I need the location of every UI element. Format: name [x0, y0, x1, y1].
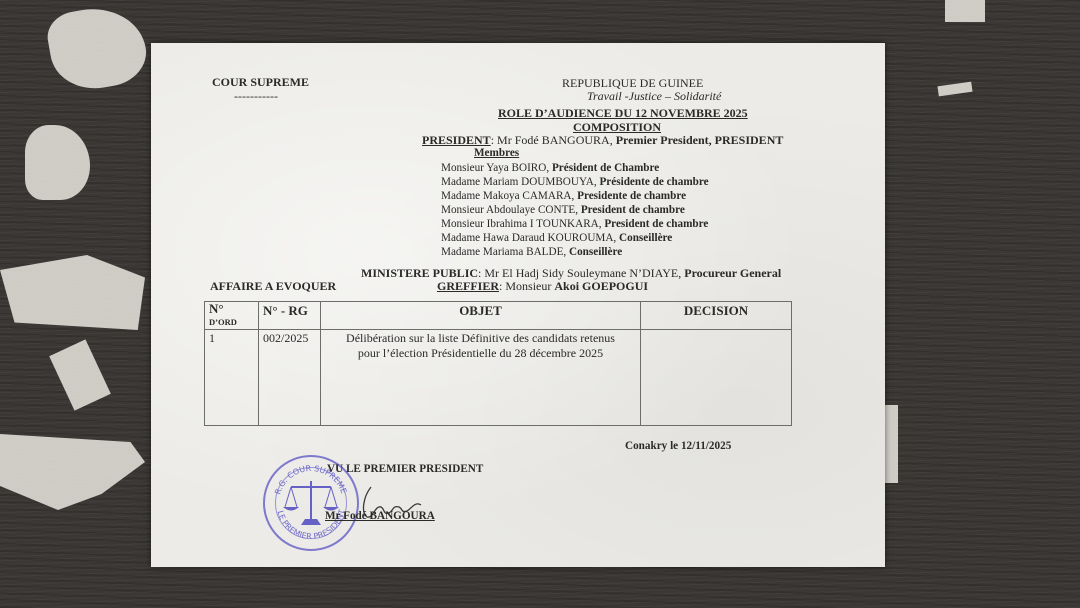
- header-decision: DECISION: [641, 302, 792, 330]
- vu-premier-president: VU LE PREMIER PRESIDENT: [327, 463, 483, 475]
- header-ord: N°D’ORD: [205, 302, 259, 330]
- greffier-name: Akoi GOEPOGUI: [554, 279, 648, 293]
- greffier-prefix: : Monsieur: [499, 279, 554, 293]
- court-rule: -----------: [234, 89, 278, 104]
- cell-rg: 002/2025: [259, 330, 321, 426]
- greffier-line: GREFFIER: Monsieur Akoi GOEPOGUI: [437, 279, 648, 294]
- member-item: Madame Hawa Daraud KOUROUMA, Conseillère: [441, 231, 709, 245]
- affaire-label: AFFAIRE A EVOQUER: [210, 279, 336, 294]
- members-list: Monsieur Yaya BOIRO, Président de Chambr…: [441, 161, 709, 259]
- table-header-row: N°D’ORD N° - RG OBJET DECISION: [205, 302, 792, 330]
- torn-paper-scrap: [44, 0, 151, 95]
- torn-paper-scrap: [0, 255, 145, 330]
- header-objet: OBJET: [321, 302, 641, 330]
- cell-ord: 1: [205, 330, 259, 426]
- torn-paper-scrap: [885, 405, 898, 483]
- court-name: COUR SUPREME: [212, 75, 309, 90]
- torn-paper-scrap: [0, 430, 145, 510]
- ministere-label: MINISTERE PUBLIC: [361, 266, 478, 280]
- header-rg: N° - RG: [259, 302, 321, 330]
- torn-paper-scrap: [25, 125, 90, 200]
- ministere-role: Procureur General: [684, 266, 781, 280]
- president-name: : Mr Fodé BANGOURA,: [491, 133, 616, 147]
- cell-objet: Délibération sur la liste Définitive des…: [321, 330, 641, 426]
- members-label: Membres: [474, 147, 519, 159]
- signatory-name: Mr Fodé BANGOURA: [325, 510, 435, 522]
- member-item: Madame Makoya CAMARA, Presidente de cham…: [441, 189, 709, 203]
- member-item: Monsieur Abdoulaye CONTE, President de c…: [441, 203, 709, 217]
- roll-title: ROLE D’AUDIENCE DU 12 NOVEMBRE 2025: [498, 106, 748, 121]
- cell-decision: [641, 330, 792, 426]
- court-roll-document: COUR SUPREME ----------- REPUBLIQUE DE G…: [151, 43, 885, 567]
- president-role: Premier President, PRESIDENT: [616, 133, 784, 147]
- national-motto: Travail -Justice – Solidarité: [587, 89, 721, 104]
- place-date: Conakry le 12/11/2025: [625, 440, 731, 452]
- member-item: Madame Mariam DOUMBOUYA, Présidente de c…: [441, 175, 709, 189]
- member-item: Monsieur Ibrahima I TOUNKARA, President …: [441, 217, 709, 231]
- president-line: PRESIDENT: Mr Fodé BANGOURA, Premier Pre…: [422, 133, 783, 148]
- member-item: Madame Mariama BALDE, Conseillère: [441, 245, 709, 259]
- torn-paper-scrap: [945, 0, 985, 22]
- cases-table: N°D’ORD N° - RG OBJET DECISION 1 002/202…: [204, 301, 792, 426]
- torn-paper-scrap: [937, 82, 972, 97]
- member-item: Monsieur Yaya BOIRO, Président de Chambr…: [441, 161, 709, 175]
- ministere-name: : Mr El Hadj Sidy Souleymane N’DIAYE,: [478, 266, 684, 280]
- greffier-label: GREFFIER: [437, 279, 499, 293]
- president-label: PRESIDENT: [422, 133, 491, 147]
- table-row: 1 002/2025 Délibération sur la liste Déf…: [205, 330, 792, 426]
- torn-paper-scrap: [49, 339, 111, 410]
